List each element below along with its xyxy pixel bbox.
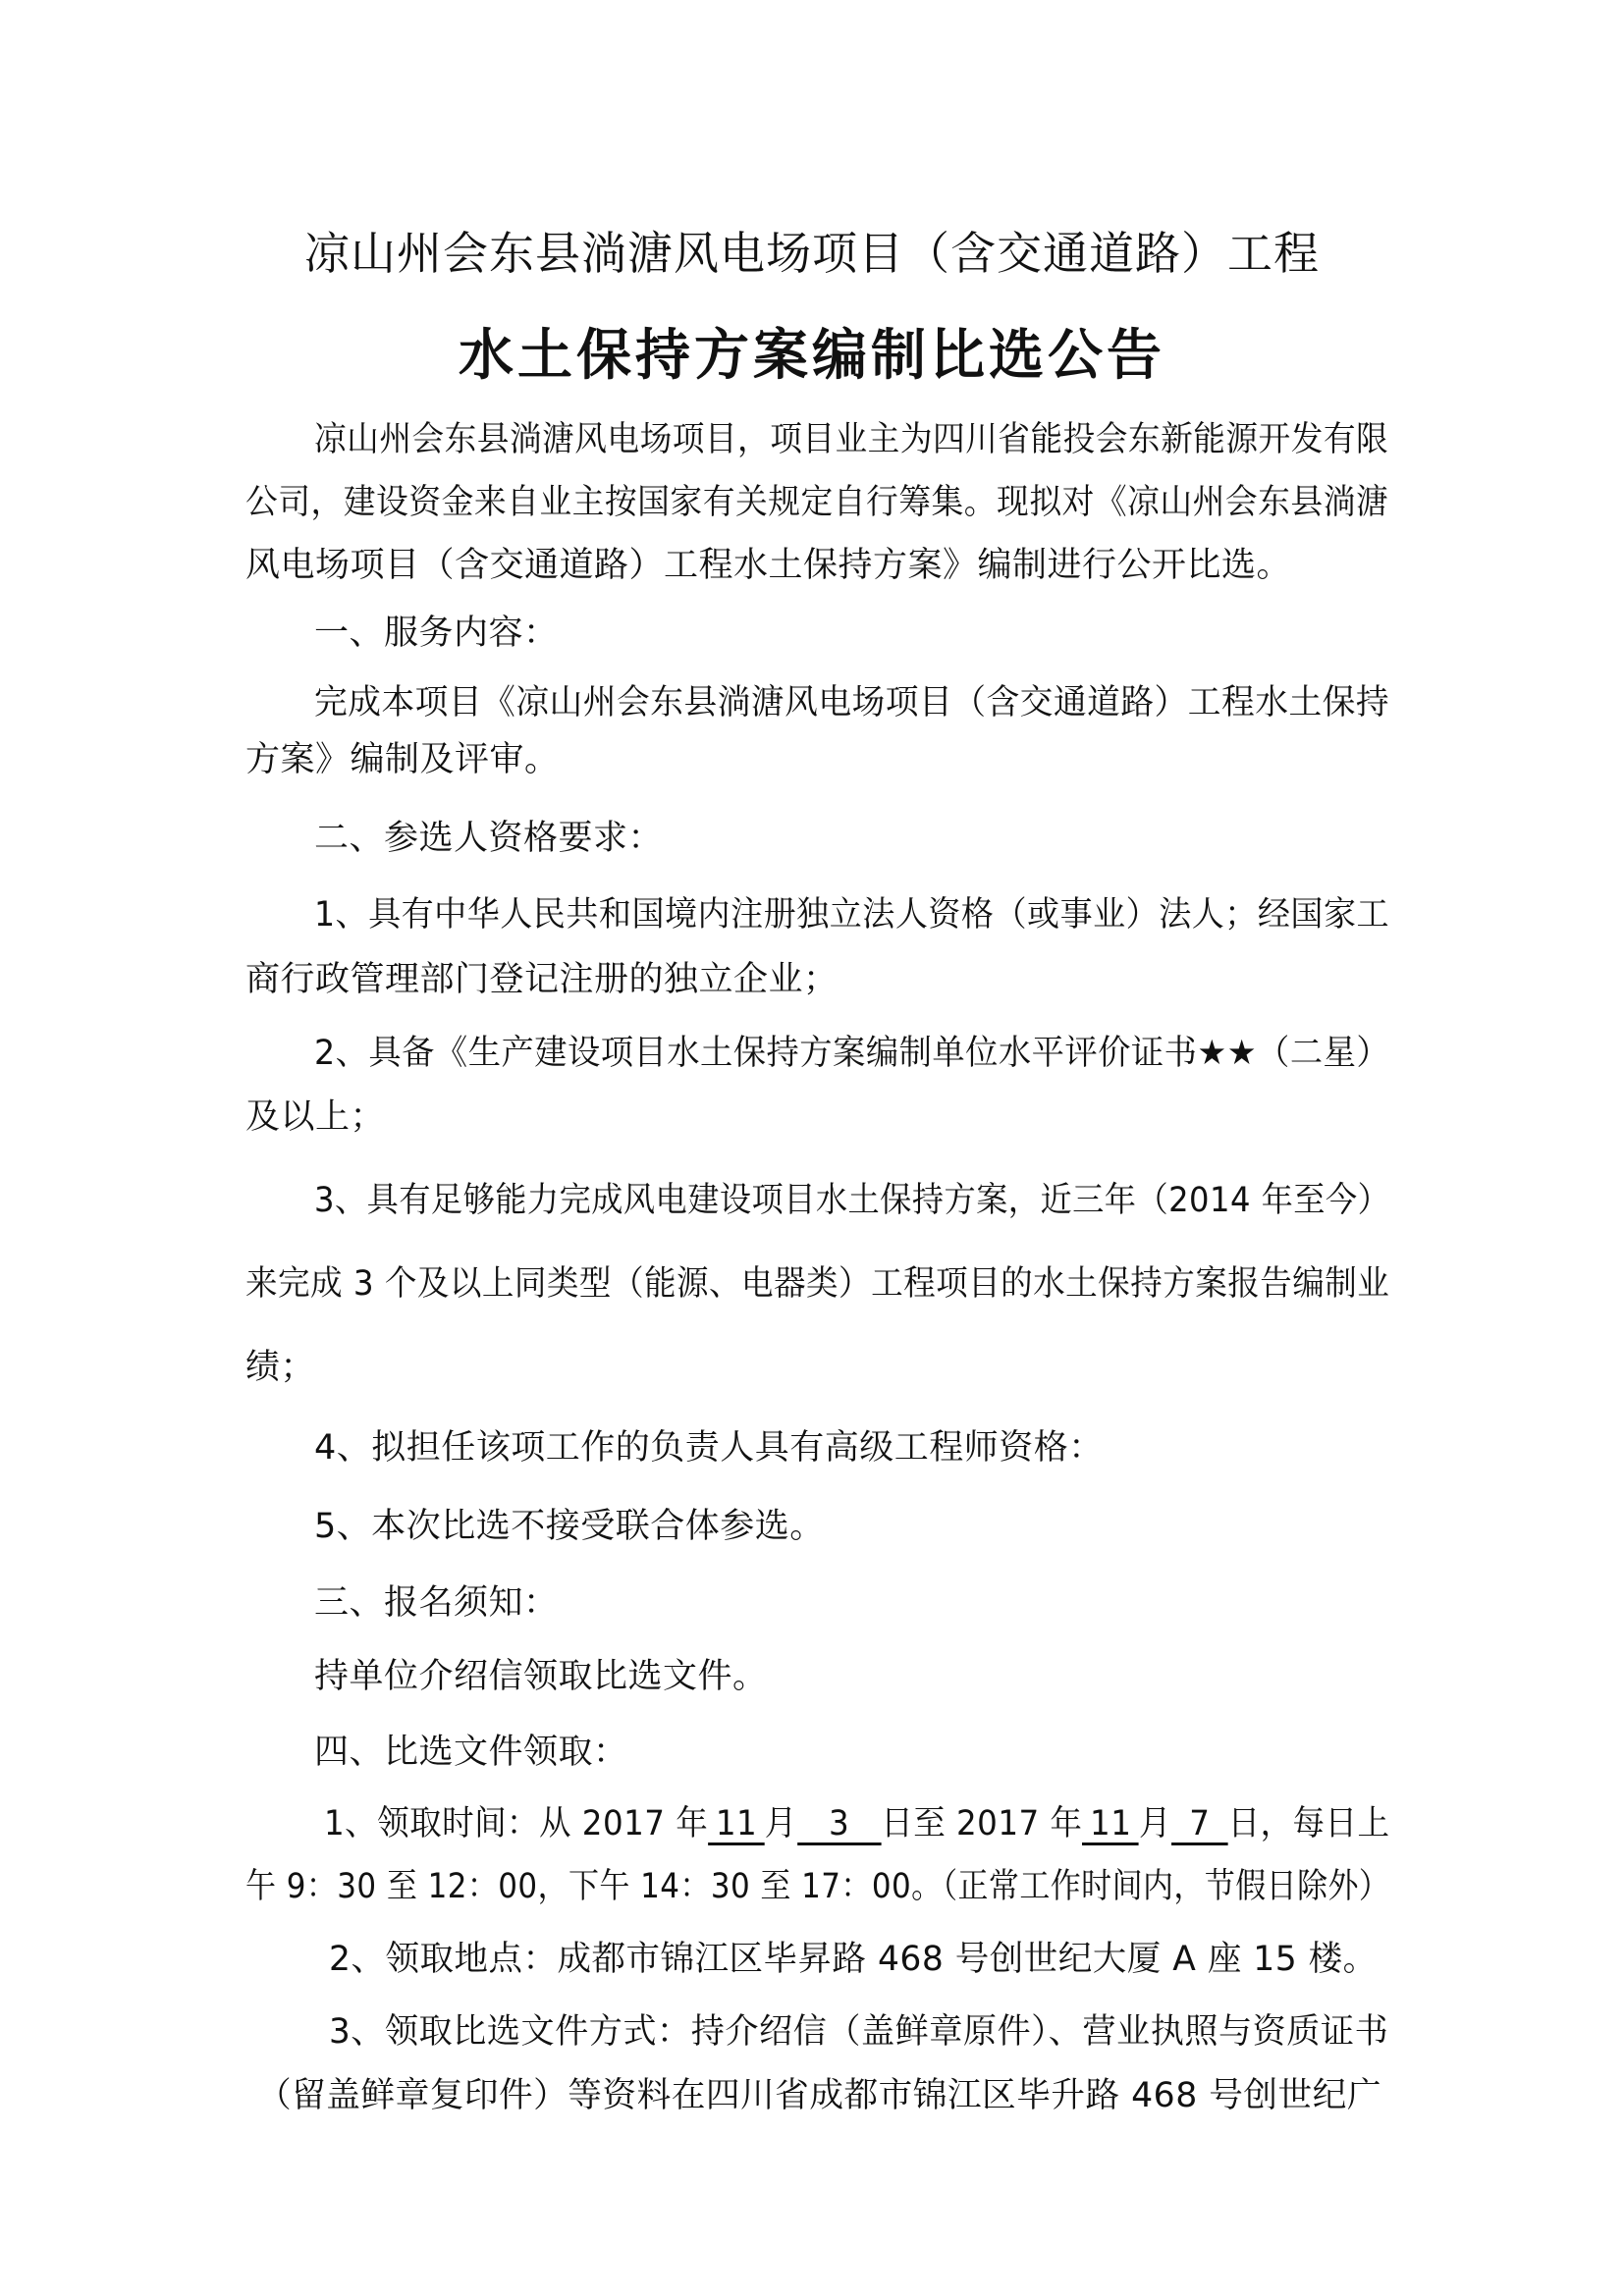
qualification-3-line-2: 来完成 3 个及以上同类型（能源、电器类）工程项目的水土保持方案报告编制业 <box>245 1256 1309 1306</box>
end-day: 7 <box>1171 1806 1228 1845</box>
registration-line-1: 持单位介绍信领取比选文件。 <box>314 1649 1389 1698</box>
intro-line-2: 公司，建设资金来自业主按国家有关规定自行筹集。现拟对《凉山州会东县淌溏 <box>245 475 1318 524</box>
qualification-4: 4、拟担任该项工作的负责人具有高级工程师资格： <box>314 1420 1389 1469</box>
section-heading-registration: 三、报名须知： <box>314 1575 1389 1625</box>
intro-line-1: 凉山州会东县淌溏风电场项目，项目业主为四川省能投会东新能源开发有限 <box>314 412 1319 461</box>
qualification-2-line-2: 及以上； <box>245 1090 1389 1139</box>
pickup-method-line-1: 3、领取比选文件方式：持介绍信（盖鲜章原件）、营业执照与资质证书 <box>329 2004 1379 2054</box>
section-heading-qualification: 二、参选人资格要求： <box>314 811 1389 860</box>
pickup-time-suffix: 日，每日上 <box>1228 1804 1390 1843</box>
pickup-time-line-1: 1、领取时间：从 2017 年11月3日至 2017 年11月7日，每日上 <box>324 1796 1323 1845</box>
end-month: 11 <box>1082 1806 1139 1845</box>
qualification-3-line-3: 绩； <box>245 1340 1389 1389</box>
section-heading-service: 一、服务内容： <box>314 606 1389 655</box>
document-title-notice: 水土保持方案编制比选公告 <box>0 312 1624 391</box>
service-line-1: 完成本项目《凉山州会东县淌溏风电场项目（含交通道路）工程水土保持 <box>314 675 1351 724</box>
pickup-method-line-2: （留盖鲜章复印件）等资料在四川省成都市锦江区毕升路 468 号创世纪广 <box>257 2068 1389 2117</box>
qualification-3-line-1: 3、具有足够能力完成风电建设项目水土保持方案，近三年（2014 年至今） <box>314 1173 1303 1222</box>
start-month: 11 <box>708 1806 765 1845</box>
qualification-2-line-1: 2、具备《生产建设项目水土保持方案编制单位水平评价证书★★（二星） <box>314 1026 1336 1075</box>
pickup-time-prefix: 1、领取时间：从 2017 年 <box>324 1804 708 1843</box>
intro-line-3: 风电场项目（含交通道路）工程水土保持方案》编制进行公开比选。 <box>245 538 1389 587</box>
start-day: 3 <box>797 1806 881 1845</box>
month-label-2: 月 <box>1139 1804 1171 1843</box>
pickup-time-mid: 日至 2017 年 <box>881 1804 1082 1843</box>
section-heading-document-pickup: 四、比选文件领取： <box>314 1725 1389 1774</box>
qualification-5: 5、本次比选不接受联合体参选。 <box>314 1499 1389 1548</box>
qualification-1-line-2: 商行政管理部门登记注册的独立企业； <box>245 952 1389 1001</box>
month-label: 月 <box>765 1804 797 1843</box>
document-page: 凉山州会东县淌溏风电场项目（含交通道路）工程 水土保持方案编制比选公告 凉山州会… <box>0 0 1624 2296</box>
document-title-project: 凉山州会东县淌溏风电场项目（含交通道路）工程 <box>0 218 1624 283</box>
pickup-location: 2、领取地点：成都市锦江区毕昇路 468 号创世纪大厦 A 座 15 楼。 <box>329 1932 1389 1981</box>
qualification-1-line-1: 1、具有中华人民共和国境内注册独立法人资格（或事业）法人；经国家工 <box>314 887 1330 936</box>
pickup-time-line-2: 午 9：30 至 12：00，下午 14：30 至 17：00。（正常工作时间内… <box>245 1859 1258 1908</box>
service-line-2: 方案》编制及评审。 <box>245 732 1389 781</box>
